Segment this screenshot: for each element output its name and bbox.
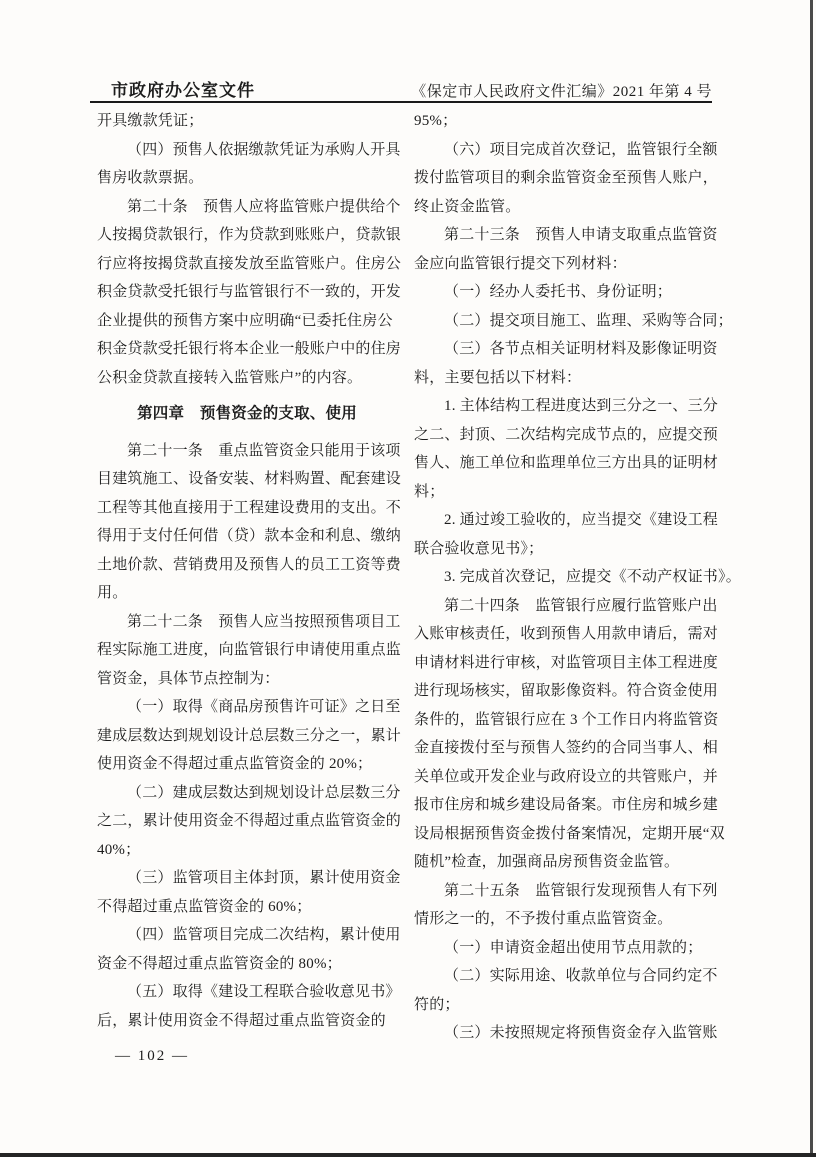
- text-line: 条件的，监管银行应在 3 个工作日内将监管资: [414, 706, 714, 735]
- text-line: （三）监管项目主体封顶，累计使用资金: [97, 864, 397, 893]
- text-line: 开具缴款凭证；: [97, 107, 397, 136]
- header-document-type: 市政府办公室文件: [90, 76, 255, 101]
- text-line: （六）项目完成首次登记，监管银行全额: [414, 136, 714, 165]
- text-line: 使用资金不得超过重点监管资金的 20%；: [97, 750, 397, 779]
- text-line: 售房收款票据。: [97, 164, 397, 193]
- text-line: 管资金，具体节点控制为：: [97, 665, 397, 694]
- text-line: 终止资金监管。: [414, 193, 714, 222]
- text-line: 申请材料进行审核，对监管项目主体工程进度: [414, 649, 714, 678]
- text-line: 企业提供的预售方案中应明确“已委托住房公: [97, 307, 397, 336]
- text-line: （一）经办人委托书、身份证明；: [414, 278, 714, 307]
- text-line: （三）未按照规定将预售资金存入监管账: [414, 1019, 714, 1048]
- text-line: 目建筑施工、设备安装、材料购置、配套建设: [97, 465, 397, 494]
- left-column: 开具缴款凭证；（四）预售人依据缴款凭证为承购人开具售房收款票据。第二十条 预售人…: [97, 107, 397, 1048]
- text-line: （五）取得《建设工程联合验收意见书》: [97, 978, 397, 1007]
- text-line: 料；: [414, 478, 714, 507]
- text-line: 符的；: [414, 991, 714, 1020]
- text-line: 报市住房和城乡建设局备案。市住房和城乡建: [414, 791, 714, 820]
- text-line: 得用于支付任何借（贷）款本金和利息、缴纳: [97, 522, 397, 551]
- text-line: 之二、封顶、二次结构完成节点的，应提交预: [414, 421, 714, 450]
- text-line: 40%；: [97, 836, 397, 865]
- text-line: 资金不得超过重点监管资金的 80%；: [97, 950, 397, 979]
- text-line: （四）预售人依据缴款凭证为承购人开具: [97, 136, 397, 165]
- text-line: 情形之一的，不予拨付重点监管资金。: [414, 905, 714, 934]
- text-line: （一）申请资金超出使用节点用款的；: [414, 934, 714, 963]
- text-line: 建成层数达到规划设计总层数三分之一，累计: [97, 722, 397, 751]
- page-number: — 102 —: [115, 1048, 189, 1065]
- text-line: 第二十四条 监管银行应履行监管账户出: [414, 592, 714, 621]
- text-line: 3. 完成首次登记，应提交《不动产权证书》。: [414, 563, 714, 592]
- text-line: 拨付监管项目的剩余监管资金至预售人账户，: [414, 164, 714, 193]
- text-line: 第二十一条 重点监管资金只能用于该项: [97, 437, 397, 466]
- text-line: 工程等其他直接用于工程建设费用的支出。不: [97, 494, 397, 523]
- text-line: （四）监管项目完成二次结构，累计使用: [97, 921, 397, 950]
- text-line: （二）实际用途、收款单位与合同约定不: [414, 962, 714, 991]
- page-header: 市政府办公室文件 《保定市人民政府文件汇编》2021 年第 4 号: [90, 76, 712, 101]
- text-line: 公积金贷款直接转入监管账户”的内容。: [97, 364, 397, 393]
- text-line: 联合验收意见书》；: [414, 535, 714, 564]
- header-compilation-title: 《保定市人民政府文件汇编》2021 年第 4 号: [411, 80, 712, 101]
- text-line: （二）提交项目施工、监理、采购等合同；: [414, 307, 714, 336]
- chapter-heading: 第四章 预售资金的支取、使用: [97, 400, 397, 429]
- text-line: 用。: [97, 579, 397, 608]
- text-line: 随机”检查，加强商品房预售资金监管。: [414, 848, 714, 877]
- text-line: 1. 主体结构工程进度达到三分之一、三分: [414, 392, 714, 421]
- text-line: 人按揭贷款银行，作为贷款到账账户，贷款银: [97, 221, 397, 250]
- text-line: 第二十条 预售人应将监管账户提供给个: [97, 193, 397, 222]
- text-line: 行应将按揭贷款直接发放至监管账户。住房公: [97, 250, 397, 279]
- text-line: （二）建成层数达到规划设计总层数三分: [97, 779, 397, 808]
- text-line: 程实际施工进度，向监管银行申请使用重点监: [97, 636, 397, 665]
- text-line: 后，累计使用资金不得超过重点监管资金的: [97, 1007, 397, 1036]
- text-line: 金直接拨付至与预售人签约的合同当事人、相: [414, 734, 714, 763]
- text-line: 设局根据预售资金拨付备案情况，定期开展“双: [414, 820, 714, 849]
- scan-edge-right: [810, 0, 813, 1157]
- text-line: （一）取得《商品房预售许可证》之日至: [97, 693, 397, 722]
- text-line: 金应向监管银行提交下列材料：: [414, 250, 714, 279]
- document-body: 开具缴款凭证；（四）预售人依据缴款凭证为承购人开具售房收款票据。第二十条 预售人…: [97, 107, 715, 1048]
- text-line: 入账审核责任，收到预售人用款申请后，需对: [414, 620, 714, 649]
- text-line: 料，主要包括以下材料：: [414, 364, 714, 393]
- document-page: 市政府办公室文件 《保定市人民政府文件汇编》2021 年第 4 号 开具缴款凭证…: [0, 0, 816, 1157]
- right-column: 95%；（六）项目完成首次登记，监管银行全额拨付监管项目的剩余监管资金至预售人账…: [414, 107, 714, 1048]
- text-line: 不得超过重点监管资金的 60%；: [97, 893, 397, 922]
- text-line: 土地价款、营销费用及预售人的员工工资等费: [97, 551, 397, 580]
- text-line: 2. 通过竣工验收的，应当提交《建设工程: [414, 506, 714, 535]
- text-line: 95%；: [414, 107, 714, 136]
- text-line: 第二十五条 监管银行发现预售人有下列: [414, 877, 714, 906]
- text-line: 积金贷款受托银行将本企业一般账户中的住房: [97, 335, 397, 364]
- text-line: 积金贷款受托银行与监管银行不一致的，开发: [97, 278, 397, 307]
- text-line: 关单位或开发企业与政府设立的共管账户，并: [414, 763, 714, 792]
- scan-edge-bottom: [0, 1153, 816, 1157]
- text-line: 第二十三条 预售人申请支取重点监管资: [414, 221, 714, 250]
- text-line: 第二十二条 预售人应当按照预售项目工: [97, 608, 397, 637]
- text-line: 进行现场核实，留取影像资料。符合资金使用: [414, 677, 714, 706]
- text-line: （三）各节点相关证明材料及影像证明资: [414, 335, 714, 364]
- text-line: 之二，累计使用资金不得超过重点监管资金的: [97, 807, 397, 836]
- text-line: 售人、施工单位和监理单位三方出具的证明材: [414, 449, 714, 478]
- header-rule: [90, 101, 712, 103]
